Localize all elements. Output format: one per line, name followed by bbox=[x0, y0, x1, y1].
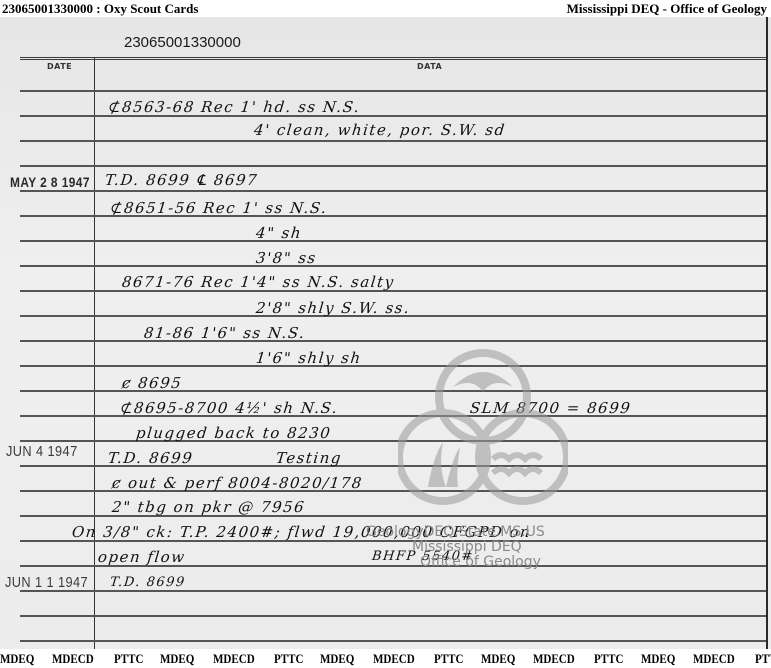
top-rule-double bbox=[20, 59, 766, 60]
ruled-line bbox=[20, 615, 766, 617]
entry-8671-76: 8671-76 Rec 1'4" ss N.S. salty bbox=[121, 273, 396, 291]
watermark-url: GeologyDEQ.State.MS.US bbox=[366, 524, 545, 540]
watermark-office: Office of Geology bbox=[420, 554, 541, 570]
card-border bbox=[766, 17, 768, 649]
footer-mark: MDEQ bbox=[0, 651, 34, 667]
footer-mark: PTTC bbox=[114, 651, 143, 667]
entry-td-8699: T.D. 8699 ℄ 8697 bbox=[104, 171, 259, 189]
well-id: 23065001330000 bbox=[124, 34, 241, 51]
entry-td-8699-jun11: T.D. 8699 bbox=[109, 575, 186, 590]
date-stamp-jun-11: JUN 1 1 1947 bbox=[5, 574, 88, 591]
date-column-header: DATE bbox=[47, 62, 72, 71]
ruled-line bbox=[20, 440, 766, 442]
entry-core-8651: ⊄8651-56 Rec 1' ss N.S. bbox=[109, 199, 328, 217]
footer-mark: MDEQ bbox=[641, 651, 675, 667]
ruled-line bbox=[20, 640, 766, 642]
footer-mark: PTTC bbox=[434, 651, 463, 667]
entry-3-8-ss: 3'8" ss bbox=[255, 249, 318, 267]
footer-mark: PTTC bbox=[274, 651, 303, 667]
footer-mark: MDECD bbox=[213, 651, 255, 667]
ruled-line bbox=[20, 590, 766, 592]
entry-1-6-shly-sh: 1'6" shly sh bbox=[255, 349, 363, 367]
footer-mark: MDECD bbox=[533, 651, 575, 667]
entry-perf: ȼ out & perf 8004-8020/178 bbox=[111, 474, 364, 492]
entry-clean-white-sd: 4' clean, white, por. S.W. sd bbox=[253, 121, 507, 139]
footer-mark: MDEQ bbox=[320, 651, 354, 667]
mdeq-logo-watermark-icon bbox=[398, 347, 568, 522]
footer-mark: PTTC bbox=[755, 651, 771, 667]
ruled-line bbox=[20, 190, 766, 192]
ruled-line bbox=[20, 265, 766, 267]
scout-card: 23065001330000 DATE DATA MAY 2 8 1947 JU… bbox=[0, 17, 771, 649]
ruled-line bbox=[20, 90, 766, 92]
ruled-line bbox=[20, 340, 766, 342]
footer-mark: MDECD bbox=[373, 651, 415, 667]
top-rule bbox=[20, 57, 766, 58]
footer-mark: MDECD bbox=[693, 651, 735, 667]
ruled-line bbox=[20, 240, 766, 242]
ruled-line bbox=[20, 165, 766, 167]
column-divider bbox=[94, 57, 95, 649]
footer-mark: MDEQ bbox=[481, 651, 515, 667]
ruled-line bbox=[20, 365, 766, 367]
entry-plugged-back: plugged back to 8230 bbox=[135, 424, 332, 442]
footer-marks: MDEQMDECDPTTCMDEQMDECDPTTCMDEQMDECDPTTCM… bbox=[0, 651, 771, 668]
date-stamp-may-28: MAY 2 8 1947 bbox=[10, 174, 90, 190]
ruled-line bbox=[20, 140, 766, 142]
header-left-title: 23065001330000 : Oxy Scout Cards bbox=[2, 1, 198, 17]
header-right-title: Mississippi DEQ - Office of Geology bbox=[567, 1, 767, 17]
data-column-header: DATA bbox=[417, 62, 442, 71]
entry-81-86: 81-86 1'6" ss N.S. bbox=[143, 324, 306, 342]
entry-8695: ȼ 8695 bbox=[121, 374, 183, 392]
entry-core-8695-8700: ⊄8695-8700 4½' sh N.S. bbox=[119, 399, 339, 417]
watermark-agency: Mississippi DEQ bbox=[412, 539, 522, 555]
footer-mark: MDEQ bbox=[160, 651, 194, 667]
footer-mark: PTTC bbox=[594, 651, 623, 667]
entry-2-8-shly: 2'8" shly S.W. ss. bbox=[255, 299, 411, 317]
entry-tbg-pkr: 2" tbg on pkr @ 7956 bbox=[111, 498, 306, 516]
footer-mark: MDECD bbox=[52, 651, 94, 667]
entry-core-8563: ⊄8563-68 Rec 1' hd. ss N.S. bbox=[107, 98, 361, 116]
entry-testing: Testing bbox=[275, 449, 343, 467]
entry-td-8699-jun4: T.D. 8699 bbox=[107, 449, 194, 467]
entry-4-sh: 4" sh bbox=[255, 224, 303, 242]
date-stamp-jun-4: JUN 4 1947 bbox=[6, 443, 78, 460]
entry-open-flow: open flow bbox=[97, 548, 187, 566]
